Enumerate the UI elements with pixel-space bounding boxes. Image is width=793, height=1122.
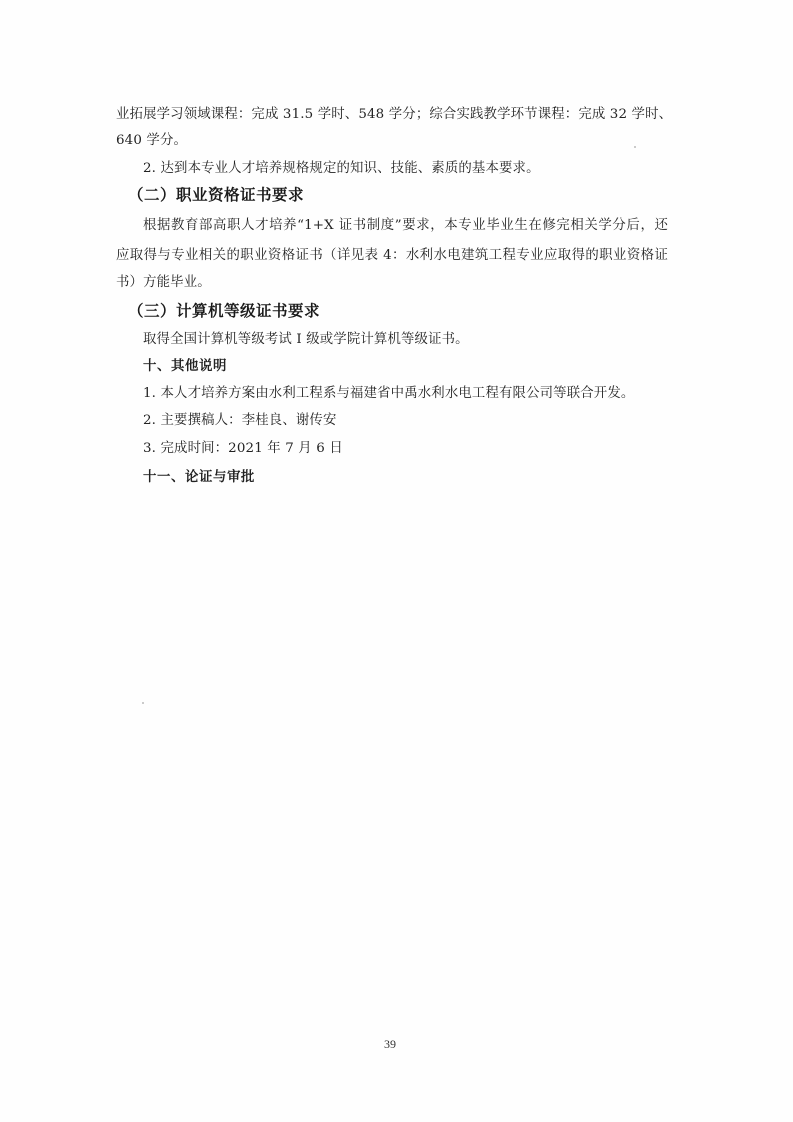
paragraph-course-hours-line2: 640 学分。 bbox=[116, 132, 187, 150]
list-item-note-2: 2. 主要撰稿人：李桂良、谢传安 bbox=[143, 412, 337, 430]
heading-review-approval: 十一、论证与审批 bbox=[143, 469, 255, 487]
list-item-note-1: 1. 本人才培养方案由水利工程系与福建省中禹水利水电工程有限公司等联合开发。 bbox=[143, 385, 634, 403]
paragraph-course-hours-line1: 业拓展学习领域课程：完成 31.5 学时、548 学分；综合实践教学环节课程：完… bbox=[116, 106, 668, 124]
paragraph-basic-requirements: 2. 达到本专业人才培养规格规定的知识、技能、素质的基本要求。 bbox=[143, 160, 540, 178]
heading-vocational-certificate: （二）职业资格证书要求 bbox=[128, 186, 304, 204]
heading-computer-certificate: （三）计算机等级证书要求 bbox=[128, 302, 320, 320]
list-item-note-3: 3. 完成时间：2021 年 7 月 6 日 bbox=[143, 440, 343, 458]
paragraph-certificate-line3: 书）方能毕业。 bbox=[116, 274, 211, 292]
paragraph-certificate-line1: 根据教育部高职人才培养“1+X 证书制度”要求，本专业毕业生在修完相关学分后，还 bbox=[143, 217, 668, 235]
scan-speck bbox=[634, 146, 636, 148]
paragraph-computer-certificate: 取得全国计算机等级考试 I 级或学院计算机等级证书。 bbox=[143, 331, 469, 349]
scan-speck bbox=[142, 702, 144, 704]
heading-other-notes: 十、其他说明 bbox=[143, 358, 227, 376]
page-number: 39 bbox=[384, 1037, 396, 1052]
document-page: 业拓展学习领域课程：完成 31.5 学时、548 学分；综合实践教学环节课程：完… bbox=[0, 0, 793, 1122]
paragraph-certificate-line2: 应取得与专业相关的职业资格证书（详见表 4：水利水电建筑工程专业应取得的职业资格… bbox=[116, 247, 668, 265]
